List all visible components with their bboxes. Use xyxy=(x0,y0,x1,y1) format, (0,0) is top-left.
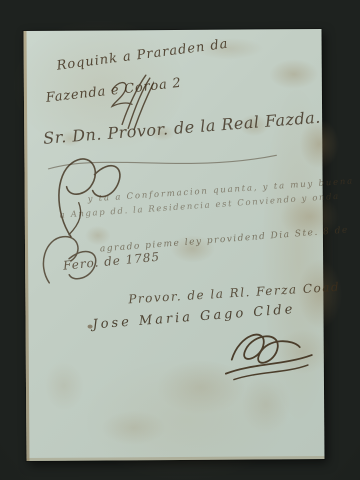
stain xyxy=(85,225,111,245)
stain xyxy=(262,89,334,419)
stain xyxy=(156,360,246,416)
stain xyxy=(86,359,287,480)
signature-rubric xyxy=(222,321,317,390)
stain xyxy=(276,329,331,374)
handwriting-line-signature: Jose Maria Gago Clde xyxy=(92,302,296,333)
handwriting-line-dateline: Fero. de 1785 xyxy=(62,250,160,273)
stain xyxy=(44,361,84,411)
manuscript-page: Roquink a Praraden da Fazenda e Coroa 2 … xyxy=(24,29,325,461)
stain xyxy=(101,410,166,445)
photo-background: Roquink a Praraden da Fazenda e Coroa 2 … xyxy=(0,0,360,480)
salutation-swash xyxy=(44,147,284,175)
stain xyxy=(269,59,319,89)
stain xyxy=(241,374,291,434)
handwriting-line-header-2: Fazenda e Coroa 2 xyxy=(45,76,182,106)
handwriting-line-office: Provor. de la Rl. Ferza Coad xyxy=(128,280,341,307)
handwriting-line-header-1: Roquink a Praraden da xyxy=(56,37,230,74)
handwriting-line-body-3: agrado pieme ley providend Dia Ste. 8 de xyxy=(100,225,349,254)
handwriting-line-salutation: Sr. Dn. Provor. de la Real Fazda. xyxy=(43,108,322,148)
